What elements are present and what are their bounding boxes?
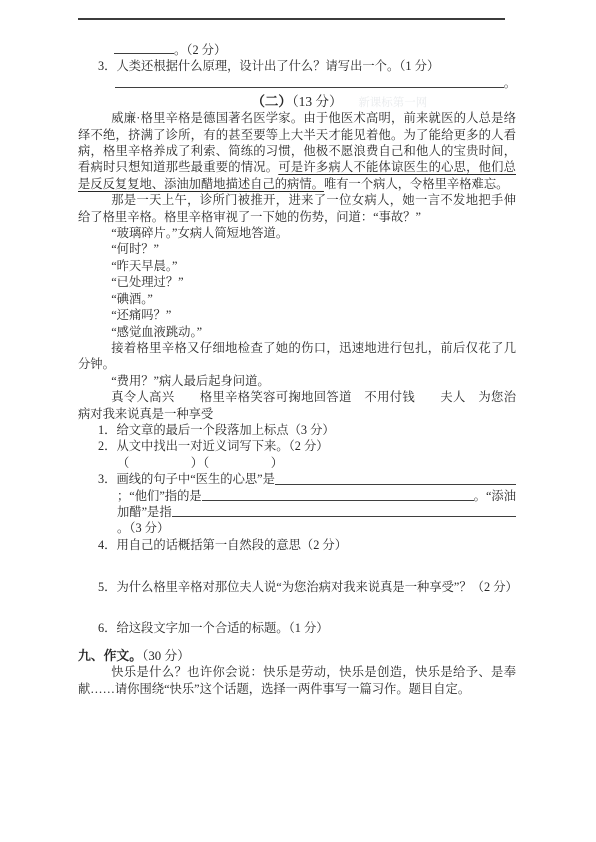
answer-blank-long	[115, 87, 504, 88]
q3-blank-3	[172, 516, 516, 517]
long-blank-suffix: 。	[504, 75, 516, 91]
dialogue-line: “何时？”	[78, 241, 516, 257]
question-4: 4．用自己的话概括第一自然段的意思（2 分）	[98, 537, 516, 553]
q3-segment-1: 3．画线的句子中“医生的心思”是	[98, 471, 275, 487]
q3-blank-1	[275, 484, 516, 485]
score-suffix: 。（2 分）	[174, 43, 226, 57]
section-nine-heading: 九、作文。（30 分）	[78, 648, 516, 664]
question-2: 2．从文中找出一对近义词写下来。（2 分）	[98, 438, 516, 454]
passage-paragraph-3: 接着格里辛格又仔细地检查了她的伤口，迅速地进行包扎，前后仅花了几分钟。	[78, 340, 516, 373]
q3-segment-4: 加醋”是指	[117, 504, 172, 520]
watermark: 新课标第一网	[358, 95, 427, 112]
dialogue-line: “感觉血液跳动。”	[78, 324, 516, 340]
passage-paragraph-4: “费用？”病人最后起身问道。	[78, 373, 516, 389]
para1-tail: 唯有一个病人，令格里辛格难忘。	[324, 177, 508, 191]
passage-paragraph-1: 威廉·格里辛格是德国著名医学家。由于他医术高明，前来就医的人总是络绎不绝，挤满了…	[78, 110, 516, 192]
passage-paragraph-2: 那是一天上午，诊所门被推开，进来了一位女病人，她一言不发地把手伸给了格里辛格。格…	[78, 192, 516, 225]
page-top-rule	[78, 18, 505, 20]
section-two-title: （二）	[251, 94, 292, 109]
q3-segment-3: 。“添油	[474, 488, 516, 504]
question-3-score: 。（3 分）	[117, 520, 516, 536]
question-6: 6．给这段文字加一个合适的标题。（1 分）	[98, 620, 516, 636]
dialogue-line: “玻璃碎片。”女病人简短地答道。	[78, 225, 516, 241]
essay-prompt: 快乐是什么？也许你会说：快乐是劳动，快乐是创造，快乐是给予、是奉献……请你围绕“…	[78, 664, 516, 697]
long-answer-line: 。	[115, 75, 516, 91]
question-2-brackets: （ ）（ ）	[117, 455, 516, 471]
passage-paragraph-5: 真令人高兴 格里辛格笑容可掬地回答道 不用付钱 夫人 为您治病对我来说真是一种享…	[78, 389, 516, 422]
exam-page: 。（2 分） 3．人类还根据什么原理，设计出了什么？请写出一个。（1 分） 。 …	[78, 0, 516, 697]
question-5: 5．为什么格里辛格对那位夫人说“为您治病对我来说真是一种享受”？（2 分）	[98, 579, 516, 595]
question-3-line-2: ；“他们”指的是 。“添油	[117, 488, 516, 504]
question-1: 1．给文章的最后一个段落加上标点（3 分）	[98, 422, 516, 438]
section-nine-score: （30 分）	[142, 649, 190, 663]
dialogue-line: “昨天早晨。”	[78, 258, 516, 274]
section-two-score: （13 分）	[292, 94, 343, 109]
dialogue-line: “碘酒。”	[78, 291, 516, 307]
question-3-line-3: 加醋”是指	[117, 504, 516, 520]
question-3-line-1: 3．画线的句子中“医生的心思”是	[98, 471, 516, 487]
section-nine-title: 九、作文。	[78, 649, 142, 663]
previous-section-question-3: 3．人类还根据什么原理，设计出了什么？请写出一个。（1 分）	[98, 58, 516, 74]
q3-segment-2: ；“他们”指的是	[117, 488, 202, 504]
dialogue-line: “还痛吗？”	[78, 307, 516, 323]
q3-blank-2	[202, 500, 474, 501]
dialogue-line: “已处理过？”	[78, 274, 516, 290]
short-answer-line: 。（2 分）	[114, 41, 516, 58]
section-two-heading: （二）（13 分） 新课标第一网	[78, 93, 516, 110]
answer-blank-short	[114, 41, 174, 54]
